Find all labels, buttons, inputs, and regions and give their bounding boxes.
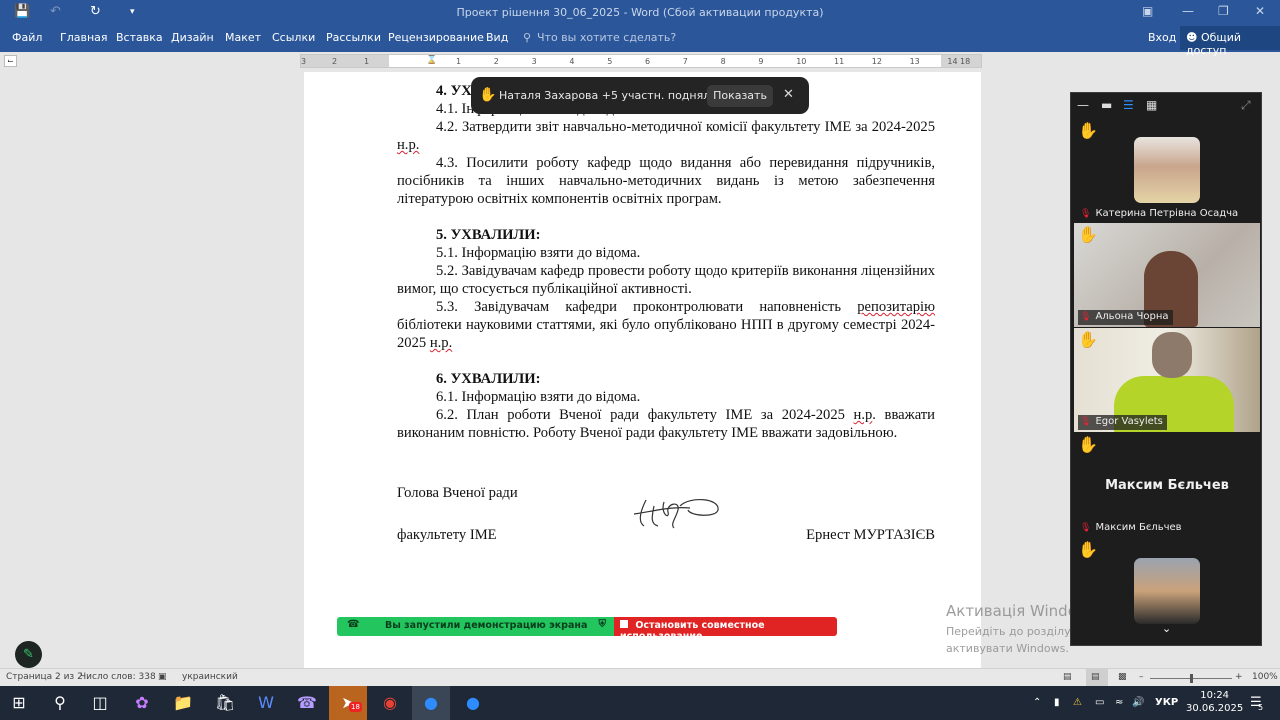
signature-faculty: факультету ІМЕ xyxy=(397,526,497,544)
screen-share-banner: ☎ Вы запустили демонстрацию экрана ⛨ Ост… xyxy=(337,617,837,636)
zoom-icon[interactable]: ● xyxy=(412,686,450,720)
horizontal-ruler[interactable]: 3 2 1 12345678910111213141516 18 ⌛ xyxy=(300,54,982,68)
paragraph: 4.3. Посилити роботу кафедр щодо видання… xyxy=(397,154,935,208)
zoom-out-button[interactable]: – xyxy=(1139,672,1144,682)
pencil-icon[interactable]: ✎ xyxy=(15,641,42,668)
close-icon[interactable]: ✕ xyxy=(1255,4,1265,18)
gallery-view-icon[interactable]: ▦ xyxy=(1146,98,1157,112)
read-mode-icon[interactable]: ▤ xyxy=(1063,672,1072,682)
status-bar: Страница 2 из 2 Число слов: 338 ▣ украин… xyxy=(0,668,1280,686)
tab-file[interactable]: Файл xyxy=(12,31,42,44)
show-button[interactable]: Показать xyxy=(707,85,773,107)
muted-mic-icon: 🎙 xyxy=(1080,312,1091,322)
proofing-icon[interactable]: ▣ xyxy=(158,672,167,682)
share-status-text: Вы запустили демонстрацию экрана xyxy=(385,620,587,631)
paragraph: 6.1. Інформацію взяти до відома. xyxy=(397,388,935,406)
minimize-icon[interactable]: — xyxy=(1182,4,1194,18)
microsoft-store-icon[interactable]: 🛍 xyxy=(206,686,244,720)
muted-mic-icon: 🎙 xyxy=(1080,523,1091,533)
page-count[interactable]: Страница 2 из 2 xyxy=(6,672,83,682)
tab-mailings[interactable]: Рассылки xyxy=(326,31,381,44)
signature-name: Ернест МУРТАЗІЄВ xyxy=(806,526,935,544)
raise-hand-notification: ✋ Наталя Захарова +5 участн. подняли рук… xyxy=(471,77,809,114)
paragraph: 5.1. Інформацію взяти до відома. xyxy=(397,244,935,262)
title-bar: 💾 ↶ ↻ ▾ Проект рішення 30_06_2025 - Word… xyxy=(0,0,1280,26)
zoom-participants-panel: — ▬ ☰ ▦ ⤢ ✋ 🎙Катерина Петрівна Осадча ✋ … xyxy=(1070,92,1262,646)
raised-hand-icon: ✋ xyxy=(1078,330,1098,349)
tab-selector[interactable]: ⌙ xyxy=(4,55,17,67)
tab-references[interactable]: Ссылки xyxy=(272,31,315,44)
shield-icon: ⛨ xyxy=(599,619,607,630)
ribbon-tabs: Файл Главная Вставка Дизайн Макет Ссылки… xyxy=(0,26,1280,52)
word-count[interactable]: Число слов: 338 xyxy=(80,672,156,682)
telegram-icon[interactable]: ➤18 xyxy=(329,686,367,720)
notifications-icon[interactable]: ☰5 xyxy=(1250,686,1262,720)
signin-link[interactable]: Вход xyxy=(1148,31,1176,44)
raised-hand-icon: ✋ xyxy=(479,87,496,103)
tab-design[interactable]: Дизайн xyxy=(171,31,214,44)
language[interactable]: украинский xyxy=(182,672,238,682)
battery-icon[interactable]: ▭ xyxy=(1095,686,1104,720)
ribbon-display-icon[interactable]: ▣ xyxy=(1142,4,1153,18)
stop-share-button[interactable]: Остановить совместное использование xyxy=(614,617,837,636)
tab-insert[interactable]: Вставка xyxy=(116,31,163,44)
raised-hand-icon: ✋ xyxy=(1078,225,1098,244)
participant-photo xyxy=(1134,137,1200,203)
indent-marker[interactable]: ⌛ xyxy=(426,55,437,65)
viber-icon[interactable]: ☎ xyxy=(288,686,326,720)
taskbar: ⊞ ⚲ ◫ ✿ 📁 🛍 W ☎ ➤18 ◉ ● ● ⌃ ▮ ⚠ ▭ ≈ 🔊 УК… xyxy=(0,686,1280,720)
person-icon: ☻ xyxy=(1186,31,1197,44)
tab-layout[interactable]: Макет xyxy=(225,31,261,44)
participant-tile[interactable]: ✋ 🎙Egor Vasylets xyxy=(1074,328,1260,432)
paragraph: 6.2. План роботи Вченої ради факультету … xyxy=(397,406,935,442)
usb-icon[interactable]: ▮ xyxy=(1054,686,1060,720)
participant-tile[interactable]: ✋ 🎙Альона Чорна xyxy=(1074,223,1260,327)
section-6-heading: 6. УХВАЛИЛИ: xyxy=(397,370,935,388)
paragraph: 5.2. Завідувачам кафедр провести роботу … xyxy=(397,262,935,298)
handwritten-signature xyxy=(630,492,725,532)
windows-start-icon[interactable]: ⊞ xyxy=(0,686,38,720)
input-language[interactable]: УКР xyxy=(1155,686,1178,720)
zoom-icon[interactable]: ● xyxy=(454,686,492,720)
minimize-panel-icon[interactable]: — xyxy=(1077,98,1089,112)
tab-home[interactable]: Главная xyxy=(60,31,108,44)
share-button[interactable]: ☻ Общий доступ xyxy=(1180,26,1280,50)
wifi-icon[interactable]: ≈ xyxy=(1115,686,1123,720)
stop-icon xyxy=(620,620,628,628)
copilot-icon[interactable]: ✿ xyxy=(123,686,161,720)
chrome-icon[interactable]: ◉ xyxy=(371,686,409,720)
word-icon[interactable]: W xyxy=(247,686,285,720)
tab-review[interactable]: Рецензирование xyxy=(388,31,484,44)
telegram-badge: 18 xyxy=(349,702,362,712)
strip-view-icon[interactable]: ☰ xyxy=(1123,98,1134,112)
paragraph: 5.3. Завідувачам кафедри проконтролювати… xyxy=(397,298,935,352)
file-explorer-icon[interactable]: 📁 xyxy=(164,686,202,720)
zoom-in-button[interactable]: + xyxy=(1235,672,1243,682)
window-title: Проект рішення 30_06_2025 - Word (Сбой а… xyxy=(0,6,1280,19)
close-icon[interactable]: ✕ xyxy=(783,87,794,102)
zoom-slider[interactable] xyxy=(1150,678,1232,679)
participant-display-name: Максим Бєльчев xyxy=(1074,478,1260,493)
tell-me-input[interactable]: Что вы хотите сделать? xyxy=(537,31,676,44)
document-body[interactable]: 4. УХВАЛИЛИ: 4.1. Інформацію взяти до ві… xyxy=(397,82,935,544)
participant-photo xyxy=(1134,558,1200,624)
paragraph: 4.2. Затвердити звіт навчально-методично… xyxy=(397,118,935,154)
print-layout-icon[interactable]: ▤ xyxy=(1086,669,1108,686)
task-view-icon[interactable]: ◫ xyxy=(81,686,119,720)
raised-hand-icon: ✋ xyxy=(1078,540,1098,559)
search-icon[interactable]: ⚲ xyxy=(41,686,79,720)
zoom-level[interactable]: 100% xyxy=(1252,672,1278,682)
participant-tile[interactable]: ✋ ⌄ xyxy=(1074,538,1260,643)
web-layout-icon[interactable]: ▩ xyxy=(1118,672,1127,682)
lightbulb-icon: ⚲ xyxy=(523,31,531,44)
section-5-heading: 5. УХВАЛИЛИ: xyxy=(397,226,935,244)
participant-tile[interactable]: ✋ Максим Бєльчев 🎙Максим Бєльчев xyxy=(1074,433,1260,537)
muted-mic-icon: 🎙 xyxy=(1080,209,1091,219)
expand-icon[interactable]: ⤢ xyxy=(1241,98,1251,113)
speaker-view-icon[interactable]: ▬ xyxy=(1101,98,1112,112)
clock[interactable]: 10:24 30.06.2025 xyxy=(1186,686,1243,720)
muted-mic-icon: 🎙 xyxy=(1080,417,1091,427)
raised-hand-icon: ✋ xyxy=(1078,121,1098,140)
tab-view[interactable]: Вид xyxy=(486,31,508,44)
security-warning-icon[interactable]: ⚠ xyxy=(1073,686,1082,720)
participant-tile[interactable]: ✋ 🎙Катерина Петрівна Осадча xyxy=(1074,119,1260,223)
scroll-down-icon[interactable]: ⌄ xyxy=(1162,622,1171,635)
volume-icon[interactable]: 🔊 xyxy=(1132,686,1144,720)
raised-hand-icon: ✋ xyxy=(1078,435,1098,454)
share-screen-icon: ☎ xyxy=(347,619,359,630)
show-hidden-icons[interactable]: ⌃ xyxy=(1033,686,1041,720)
restore-icon[interactable]: ❐ xyxy=(1218,4,1229,18)
